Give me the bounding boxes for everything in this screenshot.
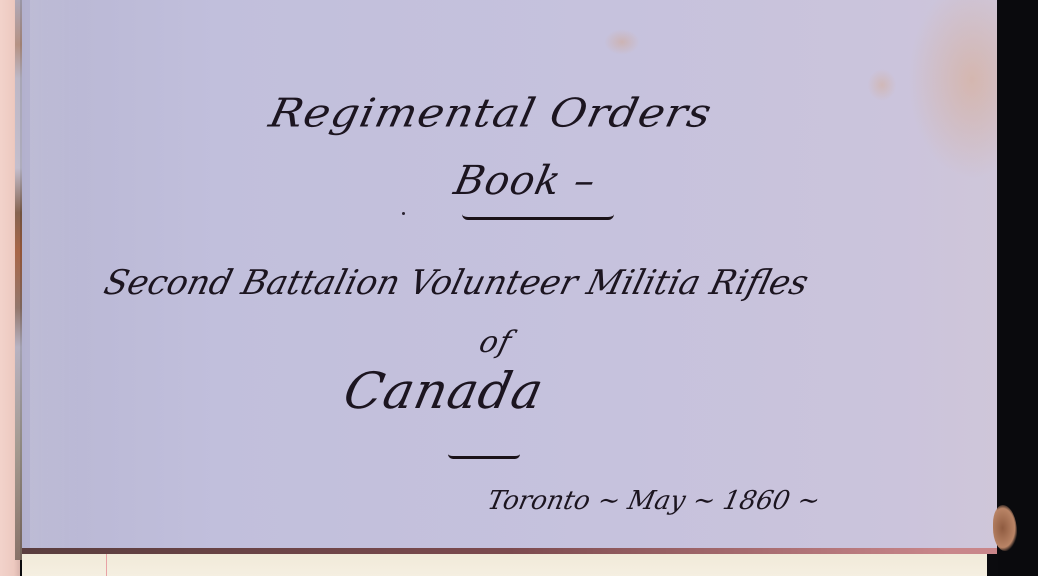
dark-background [998,0,1038,576]
ink-dot [402,212,405,215]
underlying-pages [22,554,987,576]
subtitle-line-1: Second Battalion Volunteer Militia Rifle… [100,263,812,303]
title-flourish [462,212,614,220]
margin-rule [106,554,107,576]
subtitle-line-3: Canada [339,362,549,420]
canada-flourish [448,450,520,459]
page-gutter-shading [30,0,80,552]
title-line-1: Regimental Orders [265,91,716,137]
title-line-2: Book – [450,158,600,204]
place-date-line: Toronto ~ May ~ 1860 ~ [485,486,823,516]
